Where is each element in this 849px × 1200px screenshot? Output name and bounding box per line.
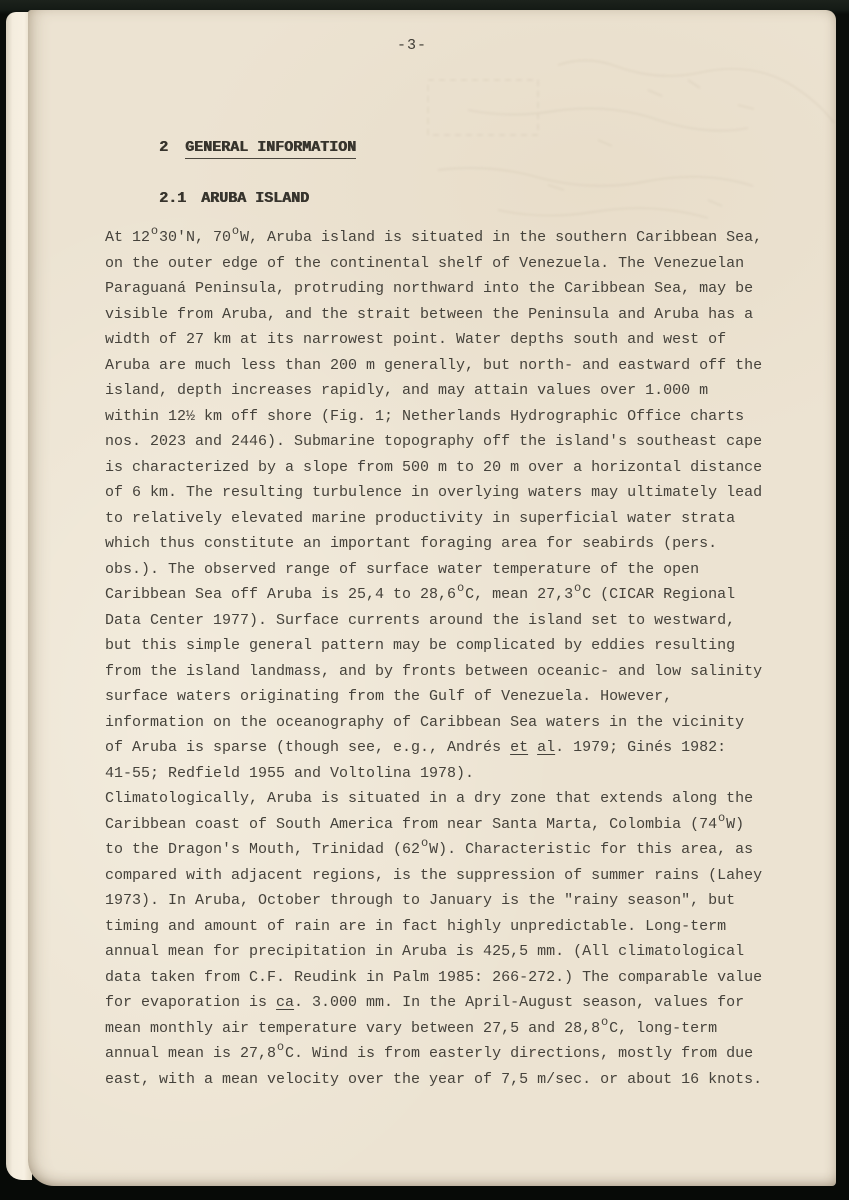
text-line: compared with adjacent regions, is the s… bbox=[105, 863, 805, 889]
section-number: 2 bbox=[159, 139, 168, 156]
text-line: At 12o30'N, 70oW, Aruba island is situat… bbox=[105, 225, 805, 251]
text-line: annual mean is 27,8oC. Wind is from east… bbox=[105, 1041, 805, 1067]
text-line: from the island landmass, and by fronts … bbox=[105, 659, 805, 685]
degree-superscript: o bbox=[456, 576, 465, 602]
subsection-title: ARUBA ISLAND bbox=[201, 190, 309, 207]
text-line: on the outer edge of the continental she… bbox=[105, 251, 805, 277]
text-line: of Aruba is sparse (though see, e.g., An… bbox=[105, 735, 805, 761]
section-title: GENERAL INFORMATION bbox=[185, 139, 356, 159]
underlined-word: et bbox=[510, 739, 528, 756]
subsection-number: 2.1 bbox=[159, 190, 186, 207]
degree-superscript: o bbox=[150, 219, 159, 245]
text-line: information on the oceanography of Carib… bbox=[105, 710, 805, 736]
book-scan: -3- 2GENERAL INFORMATION 2.1ARUBA ISLAND… bbox=[0, 0, 849, 1200]
degree-superscript: o bbox=[420, 831, 429, 857]
text-line: obs.). The observed range of surface wat… bbox=[105, 557, 805, 583]
text-line: within 12½ km off shore (Fig. 1; Netherl… bbox=[105, 404, 805, 430]
text-line: is characterized by a slope from 500 m t… bbox=[105, 455, 805, 481]
text-line: Paraguaná Peninsula, protruding northwar… bbox=[105, 276, 805, 302]
text-line: visible from Aruba, and the strait betwe… bbox=[105, 302, 805, 328]
text-line: 1973). In Aruba, October through to Janu… bbox=[105, 888, 805, 914]
subsection-heading: 2.1ARUBA ISLAND bbox=[105, 173, 309, 224]
text-line: surface waters originating from the Gulf… bbox=[105, 684, 805, 710]
text-line: to the Dragon's Mouth, Trinidad (62oW). … bbox=[105, 837, 805, 863]
text-line: east, with a mean velocity over the year… bbox=[105, 1067, 805, 1093]
text-line: data taken from C.F. Reudink in Palm 198… bbox=[105, 965, 805, 991]
text-line: nos. 2023 and 2446). Submarine topograph… bbox=[105, 429, 805, 455]
text-line: to relatively elevated marine productivi… bbox=[105, 506, 805, 532]
text-line: width of 27 km at its narrowest point. W… bbox=[105, 327, 805, 353]
text-line: island, depth increases rapidly, and may… bbox=[105, 378, 805, 404]
text-line: for evaporation is ca. 3.000 mm. In the … bbox=[105, 990, 805, 1016]
text-line: Aruba are much less than 200 m generally… bbox=[105, 353, 805, 379]
text-line: which thus constitute an important forag… bbox=[105, 531, 805, 557]
text-line: Caribbean coast of South America from ne… bbox=[105, 812, 805, 838]
underlined-word: ca bbox=[276, 994, 294, 1011]
body-text: At 12o30'N, 70oW, Aruba island is situat… bbox=[105, 225, 805, 1092]
degree-superscript: o bbox=[231, 219, 240, 245]
degree-superscript: o bbox=[600, 1010, 609, 1036]
page-number: -3- bbox=[397, 37, 427, 54]
degree-superscript: o bbox=[573, 576, 582, 602]
text-line: but this simple general pattern may be c… bbox=[105, 633, 805, 659]
underlined-word: al bbox=[537, 739, 555, 756]
text-line: Caribbean Sea off Aruba is 25,4 to 28,6o… bbox=[105, 582, 805, 608]
text-line: timing and amount of rain are in fact hi… bbox=[105, 914, 805, 940]
text-line: mean monthly air temperature vary betwee… bbox=[105, 1016, 805, 1042]
degree-superscript: o bbox=[717, 806, 726, 832]
degree-superscript: o bbox=[276, 1035, 285, 1061]
text-line: of 6 km. The resulting turbulence in ove… bbox=[105, 480, 805, 506]
text-line: Climatologically, Aruba is situated in a… bbox=[105, 786, 805, 812]
text-line: annual mean for precipitation in Aruba i… bbox=[105, 939, 805, 965]
section-heading: 2GENERAL INFORMATION bbox=[105, 122, 356, 173]
document-page: -3- 2GENERAL INFORMATION 2.1ARUBA ISLAND… bbox=[28, 10, 836, 1186]
text-line: 41-55; Redfield 1955 and Voltolina 1978)… bbox=[105, 761, 805, 787]
text-line: Data Center 1977). Surface currents arou… bbox=[105, 608, 805, 634]
